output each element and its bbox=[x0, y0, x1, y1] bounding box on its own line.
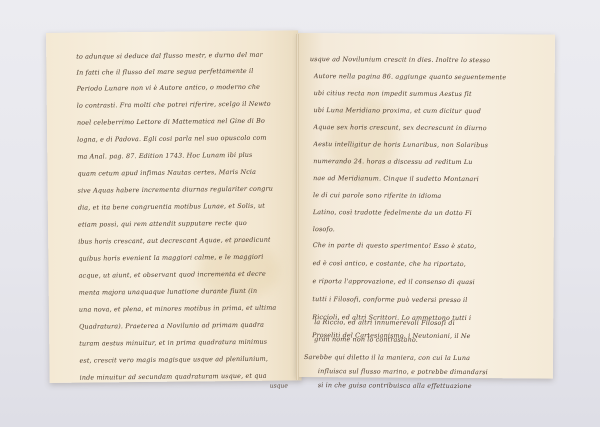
manuscript-line: le di cui parole sono riferite in idioma bbox=[313, 191, 441, 200]
manuscript-line: ubi Luna Meridiano proxima, et cum dicit… bbox=[314, 106, 481, 115]
manuscript-line: lo contrasti. Fra molti che potrei rifer… bbox=[77, 100, 271, 110]
manuscript-line: ubi citius recta non impedit summus Aest… bbox=[314, 89, 472, 98]
manuscript-line: e riporta l'approvazione, ed il consenso… bbox=[312, 277, 474, 286]
manuscript-line: numerando 24. horas a discessu ad reditu… bbox=[313, 157, 472, 166]
manuscript-line: usque ad Novilunium crescit in dies. Ino… bbox=[310, 55, 490, 64]
manuscript-line: etiam possi, qui rem attendit supputare … bbox=[78, 219, 247, 229]
manuscript-line: si in che guisa contribuisca alla effett… bbox=[318, 381, 472, 390]
catchword: usque bbox=[270, 382, 288, 389]
manuscript-line: losofo. bbox=[313, 225, 335, 233]
manuscript-line: influisca sul flusso marino, e potrebbe … bbox=[318, 367, 488, 376]
manuscript-line: In fatti che il flusso del mare segua pe… bbox=[76, 67, 253, 77]
manuscript-line: Periodo Lunare non vi è Autore antico, o… bbox=[77, 83, 261, 93]
manuscript-line: quam cetum apud infimas Nautas certes, M… bbox=[77, 168, 256, 178]
manuscript-line: Sarebbe qui diletto il la maniera, con c… bbox=[304, 353, 470, 362]
manuscript-line: est, crescit vero magis magisque usque a… bbox=[79, 355, 268, 365]
manuscript-line: logna, e di Padova. Egli cosi parla nel … bbox=[77, 134, 267, 144]
manuscript-line: la Riccio, ed altri innumerevoli Filosof… bbox=[314, 318, 455, 327]
manuscript-line: ma Anal. pag. 87. Edition 1743. Hoc Luna… bbox=[77, 151, 252, 161]
manuscript-line: Autore nella pagina 86. aggiunge quanto … bbox=[314, 72, 507, 81]
manuscript-line: turam aestus minuitur, et in prima quadr… bbox=[79, 338, 267, 348]
manuscript-line: ed è così antico, e costante, che ha rip… bbox=[313, 259, 466, 268]
book-spine-fold bbox=[296, 34, 299, 380]
manuscript-left-page: to adunque si deduce dal flusso mestr, e… bbox=[46, 30, 302, 383]
manuscript-line: noel celeberrimo Lettore di Mattematica … bbox=[77, 117, 265, 127]
manuscript-line: Aestu intelligitur de horis Lunaribus, n… bbox=[313, 140, 488, 149]
manuscript-line: dia, et ita bene congruentia motibus Lun… bbox=[78, 202, 265, 212]
manuscript-line: inde minuitur ad secundam quadraturam us… bbox=[80, 371, 295, 381]
manuscript-line: Quadratura). Praeterea a Novilunio ad pr… bbox=[79, 321, 264, 331]
manuscript-line: nae ad Meridianum. Cinque il sudetto Mon… bbox=[313, 174, 479, 183]
manuscript-line: Che in parte di questo sperimento! Esso … bbox=[313, 241, 477, 250]
manuscript-line: tutti i Filosofi, conforme può vedersi p… bbox=[312, 295, 467, 304]
manuscript-line: to adunque si deduce dal flusso mestr, e… bbox=[76, 51, 263, 61]
manuscript-line: gran nome non lo contrastano. bbox=[314, 335, 418, 344]
manuscript-line: una nova, et plena, et minores motibus i… bbox=[79, 304, 277, 314]
manuscript-line: Aquae sex horis crescunt, sex decrescunt… bbox=[313, 123, 486, 132]
manuscript-line: sive Aquas habere incrementa diurnas reg… bbox=[78, 185, 273, 195]
manuscript-line: Latino, così tradotte fedelmente da un d… bbox=[313, 208, 472, 217]
